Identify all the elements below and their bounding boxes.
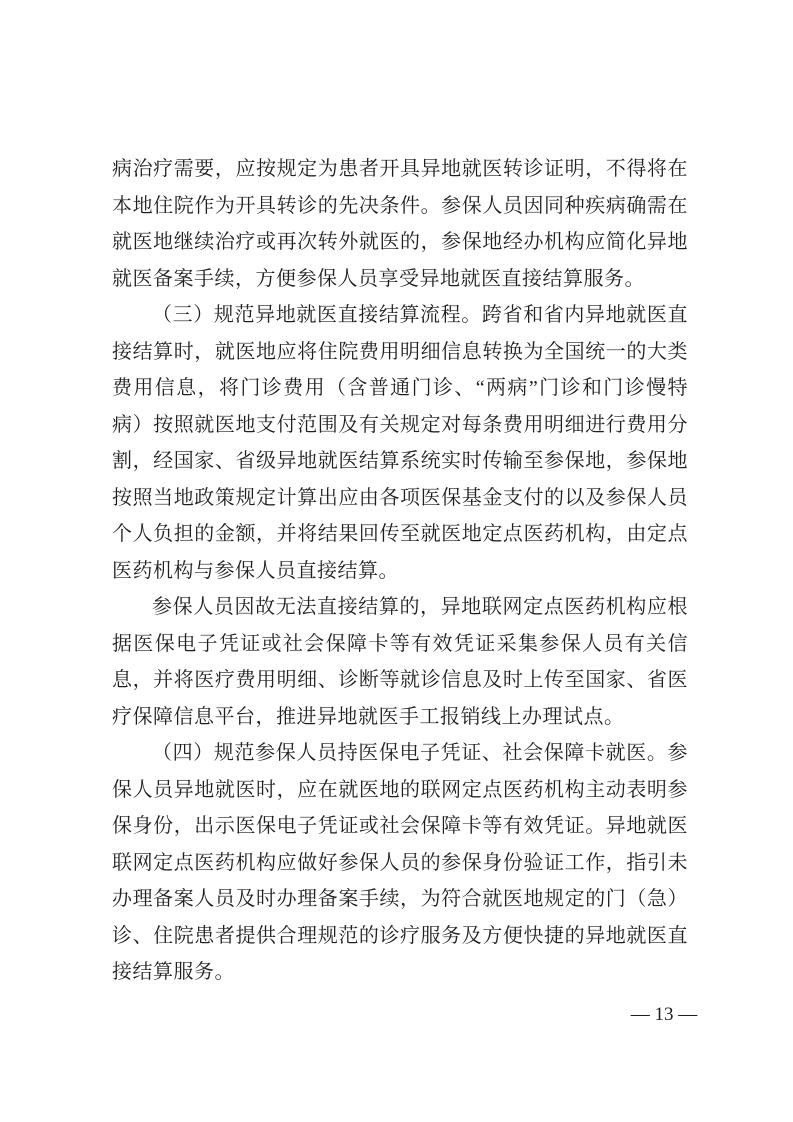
text-line: 就医地继续治疗或再次转外就医的，参保地经办机构应简化异地 [112, 224, 688, 261]
text-line: 接结算服务。 [112, 954, 688, 991]
text-line: 按照当地政策规定计算出应由各项医保基金支付的以及参保人员 [112, 480, 688, 517]
text-line: 保身份，出示医保电子凭证或社会保障卡等有效凭证。异地就医 [112, 808, 688, 845]
text-line: 诊、住院患者提供合理规范的诊疗服务及方便快捷的异地就医直 [112, 918, 688, 955]
text-line: 接结算时，就医地应将住院费用明细信息转换为全国统一的大类 [112, 334, 688, 371]
paragraph-item-three: （三）规范异地就医直接结算流程。跨省和省内异地就医直 接结算时，就医地应将住院费… [112, 297, 688, 589]
text-line: （三）规范异地就医直接结算流程。跨省和省内异地就医直 [112, 297, 688, 334]
text-line: 据医保电子凭证或社会保障卡等有效凭证采集参保人员有关信 [112, 626, 688, 663]
text-line: 就医备案手续，方便参保人员享受异地就医直接结算服务。 [112, 261, 688, 298]
document-body: 病治疗需要，应按规定为患者开具异地就医转诊证明，不得将在 本地住院作为开具转诊的… [112, 151, 688, 991]
paragraph-manual-settlement: 参保人员因故无法直接结算的，异地联网定点医药机构应根 据医保电子凭证或社会保障卡… [112, 589, 688, 735]
text-line: 费用信息，将门诊费用（含普通门诊、“两病”门诊和门诊慢特 [112, 370, 688, 407]
paragraph-item-four: （四）规范参保人员持医保电子凭证、社会保障卡就医。参 保人员异地就医时，应在就医… [112, 735, 688, 991]
document-page: 病治疗需要，应按规定为患者开具异地就医转诊证明，不得将在 本地住院作为开具转诊的… [0, 0, 793, 1122]
text-line: 参保人员因故无法直接结算的，异地联网定点医药机构应根 [112, 589, 688, 626]
text-line: 本地住院作为开具转诊的先决条件。参保人员因同种疾病确需在 [112, 188, 688, 225]
text-line: 保人员异地就医时，应在就医地的联网定点医药机构主动表明参 [112, 772, 688, 809]
text-line: 病治疗需要，应按规定为患者开具异地就医转诊证明，不得将在 [112, 151, 688, 188]
text-line: 息，并将医疗费用明细、诊断等就诊信息及时上传至国家、省医 [112, 662, 688, 699]
text-line: 病）按照就医地支付范围及有关规定对每条费用明细进行费用分 [112, 407, 688, 444]
text-line: 医药机构与参保人员直接结算。 [112, 553, 688, 590]
text-line: 办理备案人员及时办理备案手续，为符合就医地规定的门（急） [112, 881, 688, 918]
page-number: — 13 — [628, 1001, 700, 1029]
text-line: 割，经国家、省级异地就医结算系统实时传输至参保地，参保地 [112, 443, 688, 480]
paragraph-continuation: 病治疗需要，应按规定为患者开具异地就医转诊证明，不得将在 本地住院作为开具转诊的… [112, 151, 688, 297]
text-line: 个人负担的金额，并将结果回传至就医地定点医药机构，由定点 [112, 516, 688, 553]
text-line: 疗保障信息平台，推进异地就医手工报销线上办理试点。 [112, 699, 688, 736]
text-line: （四）规范参保人员持医保电子凭证、社会保障卡就医。参 [112, 735, 688, 772]
text-line: 联网定点医药机构应做好参保人员的参保身份验证工作，指引未 [112, 845, 688, 882]
